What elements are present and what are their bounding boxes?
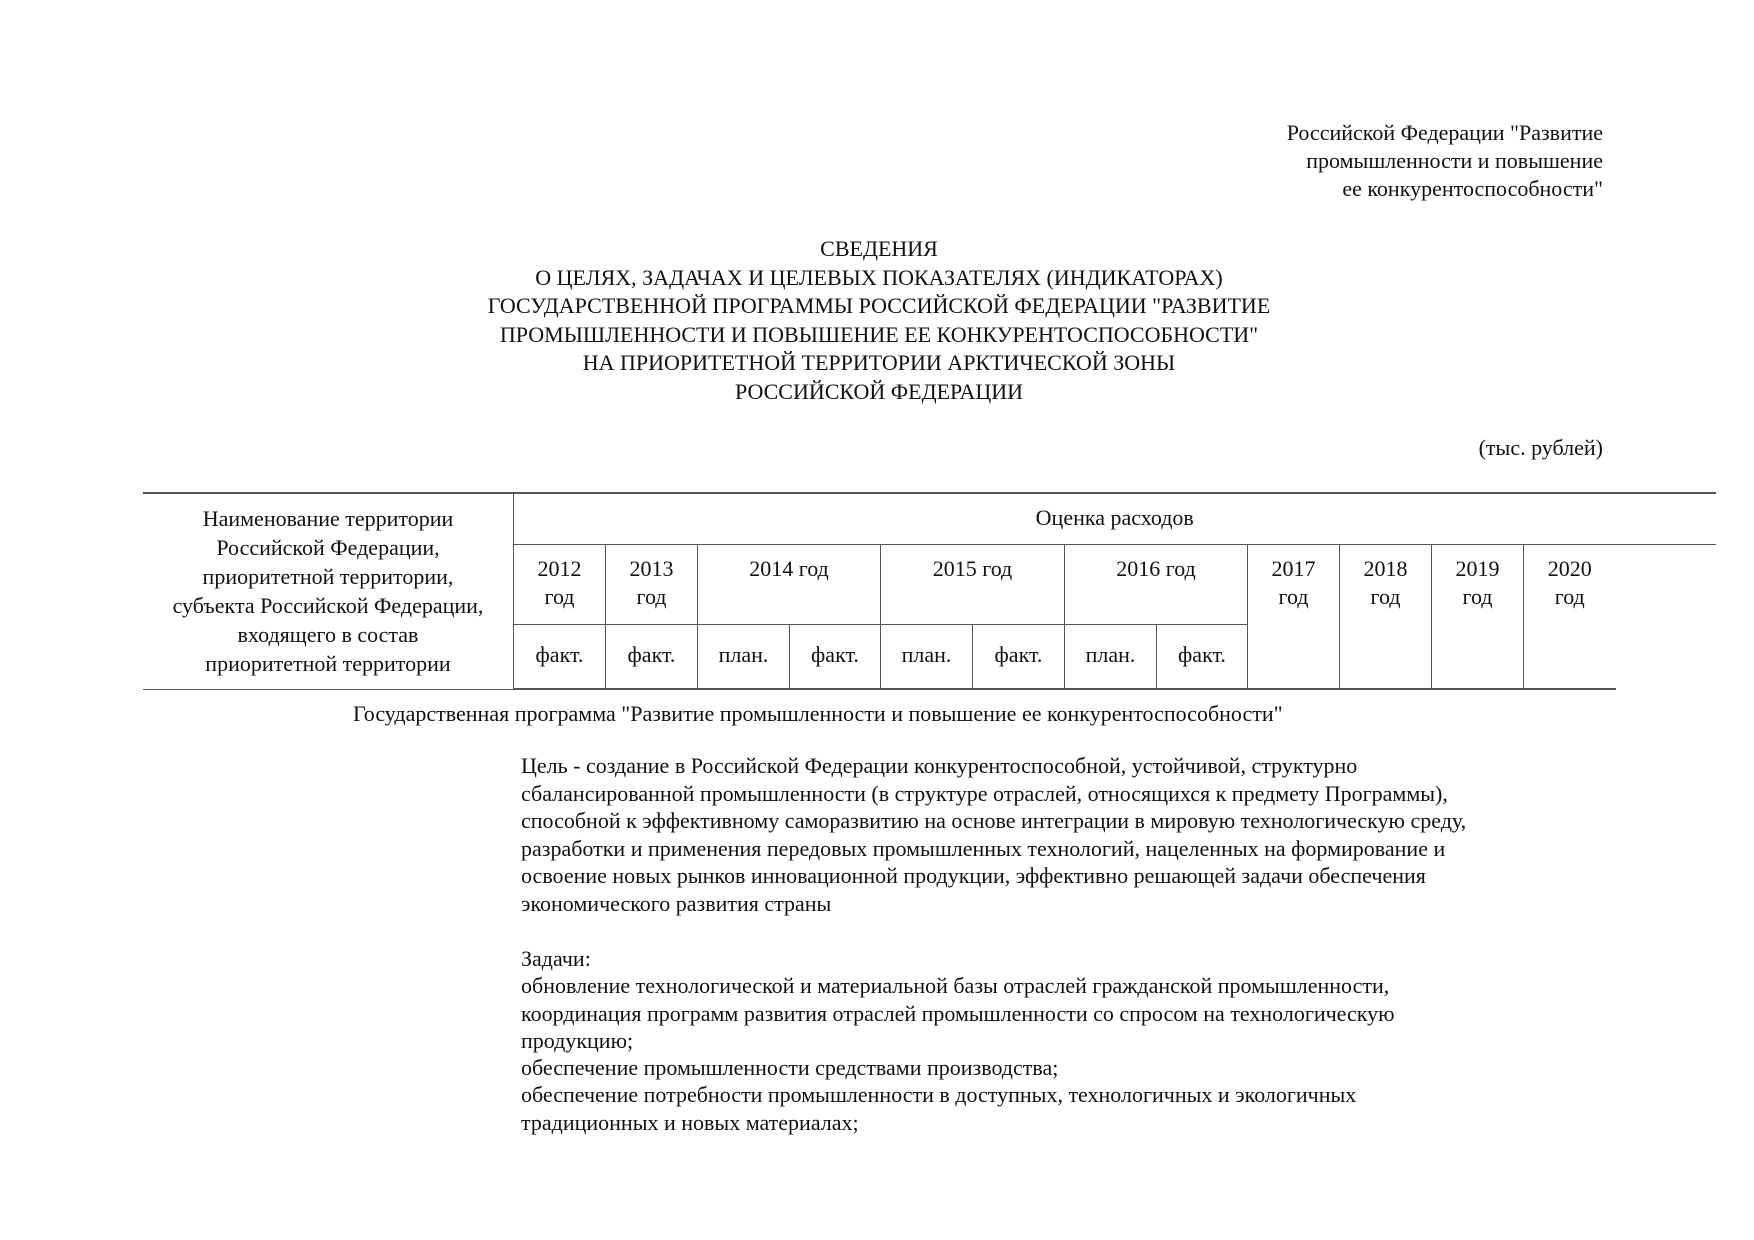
- header-line: приоритетной территории,: [143, 562, 513, 591]
- goal-line: освоение новых рынков инновационной прод…: [521, 862, 1466, 890]
- document-title-line: НА ПРИОРИТЕТНОЙ ТЕРРИТОРИИ АРКТИЧЕСКОЙ З…: [0, 349, 1754, 378]
- document-title: СВЕДЕНИЯ О ЦЕЛЯХ, ЗАДАЧАХ И ЦЕЛЕВЫХ ПОКА…: [0, 235, 1754, 406]
- year-label: год: [1340, 583, 1431, 611]
- subheader-label: план.: [1065, 625, 1156, 669]
- subheader-label: план.: [698, 625, 789, 669]
- year-label: 2014 год: [698, 545, 880, 583]
- document-title-line: ПРОМЫШЛЕННОСТИ И ПОВЫШЕНИЕ ЕЕ КОНКУРЕНТО…: [0, 321, 1754, 350]
- year-label: год: [606, 583, 697, 611]
- subheader-2014-plan: план.: [698, 625, 790, 690]
- header-reference-line: ее конкурентоспособности": [1287, 175, 1603, 203]
- header-reference-line: Российской Федерации "Развитие: [1287, 119, 1603, 147]
- subheader-label: факт.: [514, 625, 605, 669]
- year-label: 2012: [514, 555, 605, 583]
- subheader-label: план.: [881, 625, 972, 669]
- year-label: 2017: [1248, 555, 1339, 583]
- year-label: год: [1248, 583, 1339, 611]
- expense-table: Наименование территории Российской Федер…: [143, 492, 1716, 690]
- header-line: Наименование территории: [143, 504, 513, 533]
- year-label: 2013: [606, 555, 697, 583]
- subheader-2016-plan: план.: [1065, 625, 1157, 690]
- subheader-label: факт.: [606, 625, 697, 669]
- year-header-2017: 2017год: [1248, 545, 1340, 690]
- group-header-label: Оценка расходов: [514, 494, 1716, 532]
- year-header-2012: 2012год: [514, 545, 606, 625]
- year-header-2020: 2020год: [1524, 545, 1616, 690]
- subheader-2015-plan: план.: [881, 625, 973, 690]
- year-label: 2015 год: [881, 545, 1064, 583]
- subheader-2014-fact: факт.: [790, 625, 881, 690]
- year-header-2016: 2016 год: [1065, 545, 1248, 625]
- year-header-2013: 2013год: [606, 545, 698, 625]
- year-label: 2018: [1340, 555, 1431, 583]
- year-label: год: [1432, 583, 1523, 611]
- goal-line: Цель - создание в Российской Федерации к…: [521, 752, 1466, 780]
- header-line: Российской Федерации,: [143, 533, 513, 562]
- tasks-heading: Задачи:: [521, 945, 1395, 972]
- year-header-2018: 2018год: [1340, 545, 1432, 690]
- goal-line: разработки и применения передовых промыш…: [521, 835, 1466, 863]
- goal-line: экономического развития страны: [521, 890, 1466, 918]
- subheader-2012-fact: факт.: [514, 625, 606, 690]
- task-line: продукцию;: [521, 1027, 1395, 1054]
- header-line: входящего в состав: [143, 620, 513, 649]
- goal-line: способной к эффективному саморазвитию на…: [521, 807, 1466, 835]
- task-line: обеспечение промышленности средствами пр…: [521, 1054, 1395, 1081]
- task-line: обновление технологической и материально…: [521, 972, 1395, 999]
- task-line: традиционных и новых материалах;: [521, 1109, 1395, 1136]
- document-title-line: ГОСУДАРСТВЕННОЙ ПРОГРАММЫ РОССИЙСКОЙ ФЕД…: [0, 292, 1754, 321]
- year-header-2015: 2015 год: [881, 545, 1065, 625]
- program-goal: Цель - создание в Российской Федерации к…: [521, 752, 1466, 918]
- year-label: год: [1524, 583, 1616, 611]
- subheader-2013-fact: факт.: [606, 625, 698, 690]
- document-title-line: РОССИЙСКОЙ ФЕДЕРАЦИИ: [0, 378, 1754, 407]
- year-label: 2020: [1524, 555, 1616, 583]
- goal-line: сбалансированной промышленности (в струк…: [521, 780, 1466, 808]
- year-header-2014: 2014 год: [698, 545, 881, 625]
- subheader-2016-fact: факт.: [1157, 625, 1248, 690]
- year-label: 2016 год: [1065, 545, 1247, 583]
- document-title-line: О ЦЕЛЯХ, ЗАДАЧАХ И ЦЕЛЕВЫХ ПОКАЗАТЕЛЯХ (…: [0, 264, 1754, 293]
- units-note: (тыс. рублей): [1479, 434, 1603, 462]
- task-line: обеспечение потребности промышленности в…: [521, 1081, 1395, 1108]
- document-title-line: СВЕДЕНИЯ: [0, 235, 1754, 264]
- year-label: 2019: [1432, 555, 1523, 583]
- task-line: координация программ развития отраслей п…: [521, 1000, 1395, 1027]
- header-line: субъекта Российской Федерации,: [143, 591, 513, 620]
- program-name: Государственная программа "Развитие пром…: [353, 700, 1283, 728]
- year-header-2019: 2019год: [1432, 545, 1524, 690]
- header-reference: Российской Федерации "Развитие промышлен…: [1287, 119, 1603, 203]
- year-label: год: [514, 583, 605, 611]
- header-reference-line: промышленности и повышение: [1287, 147, 1603, 175]
- subheader-label: факт.: [1157, 625, 1247, 669]
- program-tasks: Задачи: обновление технологической и мат…: [521, 945, 1395, 1136]
- header-line: приоритетной территории: [143, 649, 513, 678]
- subheader-label: факт.: [790, 625, 880, 669]
- expense-estimate-header: Оценка расходов: [514, 493, 1716, 545]
- subheader-2015-fact: факт.: [973, 625, 1065, 690]
- subheader-label: факт.: [973, 625, 1064, 669]
- territory-name-header: Наименование территории Российской Федер…: [143, 493, 514, 689]
